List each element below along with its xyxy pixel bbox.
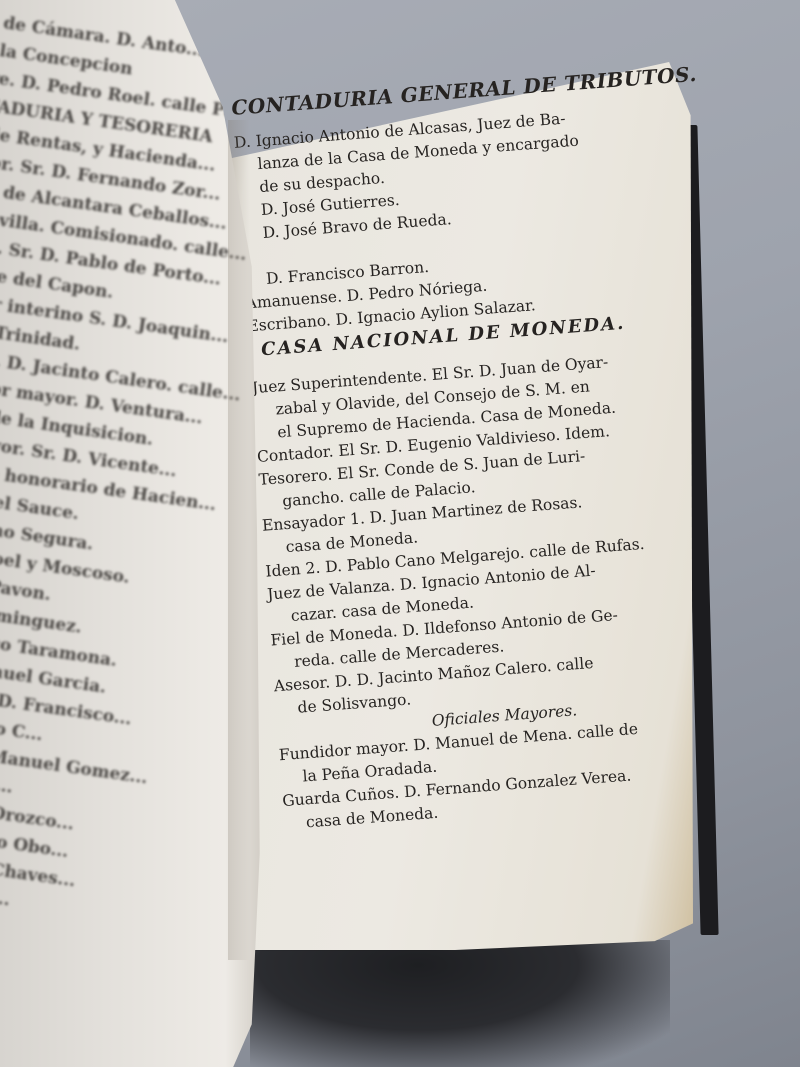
left-page: ... de Cámara. D. Anto... ... la Concepc… <box>0 0 265 1067</box>
table-shadow <box>250 940 670 1067</box>
right-page-text: CONTADURIA GENERAL DE TRIBUTOS. D. Ignac… <box>230 54 754 836</box>
text-block-2: Juez Superintendente. El Sr. D. Juan de … <box>251 343 745 721</box>
text-block-1: D. Ignacio Antonio de Alcasas, Juez de B… <box>233 97 717 338</box>
book-gutter <box>228 120 250 960</box>
